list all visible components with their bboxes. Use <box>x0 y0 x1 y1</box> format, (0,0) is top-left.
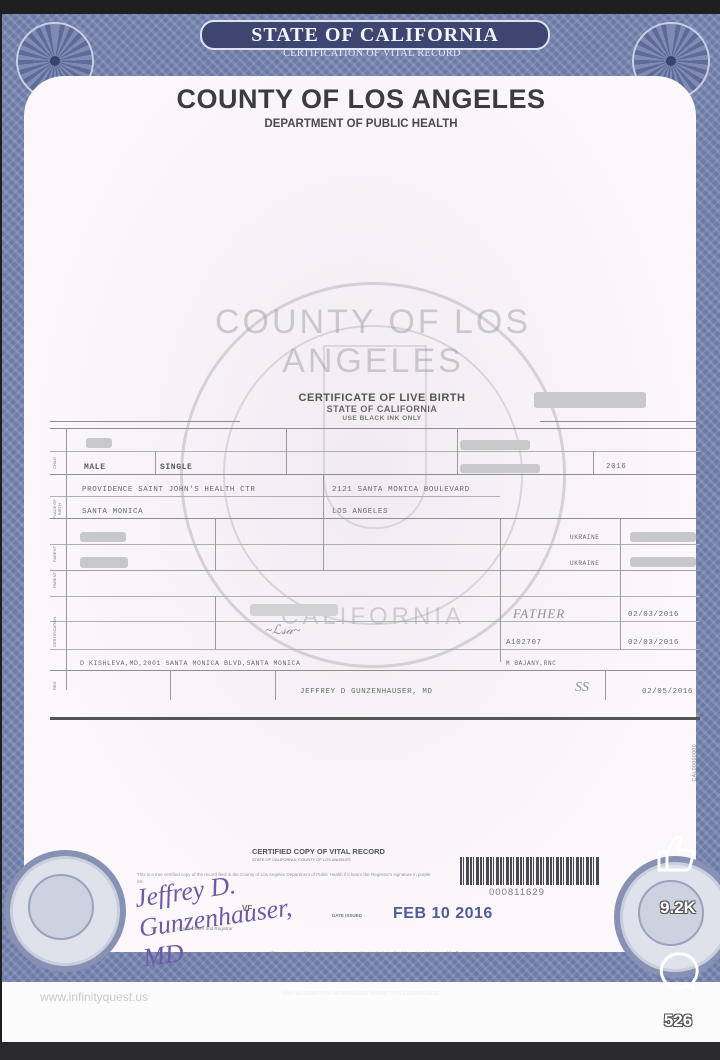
barcode <box>460 857 600 885</box>
barcode-number: 000811629 <box>489 887 545 898</box>
side-serial-code: CAL00000000 <box>692 744 698 781</box>
date-accepted-value: 02/05/2016 <box>642 688 693 696</box>
like-count: 9.2K <box>643 898 713 918</box>
informant-date-value: 02/03/2016 <box>628 611 679 619</box>
redacted-field <box>534 392 646 408</box>
post-image[interactable]: STATE OF CALIFORNIA CERTIFICATION OF VIT… <box>2 14 720 1042</box>
date-issued-label: DATE ISSUED <box>332 913 362 918</box>
officer-title: Health Officer and Registrar <box>177 926 233 931</box>
registrar-initials: SS <box>575 680 589 696</box>
informant-relationship-value: FATHER <box>513 606 565 622</box>
birth-record-form: CHILD PLACE OF BIRTH PARENT PARENT CERTI… <box>50 426 700 706</box>
single-multiple-value: SINGLE <box>160 463 192 472</box>
parent2-birthplace-value: UKRAINE <box>570 560 599 567</box>
license-number-value: A102707 <box>506 639 542 647</box>
state-banner: STATE OF CALIFORNIA <box>200 20 550 50</box>
local-registrar-value: JEFFREY D GUNZENHAUSER, MD <box>300 688 433 696</box>
attendant-value: D KISHLEVA,MD,2001 SANTA MONICA BLVD,SAN… <box>80 660 301 667</box>
certifier-name-value: M BAJANY,RNC <box>506 660 556 667</box>
place-of-birth-value: PROVIDENCE SAINT JOHN'S HEALTH CTR <box>82 486 255 494</box>
sex-value: MALE <box>84 463 106 472</box>
parent1-birthplace-value: UKRAINE <box>570 534 599 541</box>
certified-copy-subtitle: STATE OF CALIFORNIA, COUNTY OF LOS ANGEL… <box>252 857 428 862</box>
birth-year-value: 2016 <box>606 463 626 471</box>
status-bar <box>0 0 720 14</box>
signature-initials: VF <box>242 904 252 913</box>
county-value: LOS ANGELES <box>332 508 388 516</box>
city-value: SANTA MONICA <box>82 508 143 516</box>
thumbs-up-icon[interactable] <box>655 834 697 874</box>
certified-copy-title: CERTIFIED COPY OF VITAL RECORD <box>252 847 428 856</box>
street-address-value: 2121 SANTA MONICA BOULEVARD <box>332 486 470 494</box>
comment-bubble-icon[interactable] <box>657 950 699 994</box>
form-bottom-rule <box>50 717 700 720</box>
website-watermark: www.infinityquest.us <box>40 990 148 1004</box>
certification-subtitle: CERTIFICATION OF VITAL RECORD <box>252 48 492 59</box>
certificate-border: STATE OF CALIFORNIA CERTIFICATION OF VIT… <box>2 14 720 982</box>
bottom-bar <box>0 1042 720 1060</box>
date-issued-stamp: FEB 10 2016 <box>393 905 493 923</box>
department-title: DEPARTMENT OF PUBLIC HEALTH <box>2 118 720 130</box>
validity-fine-print: This copy is not valid unless prepared o… <box>192 950 552 955</box>
form-state: STATE OF CALIFORNIA <box>232 404 532 414</box>
form-ink-note: USE BLACK INK ONLY <box>232 415 532 422</box>
california-state-seal <box>4 850 126 972</box>
informant-signature: ~ℒ𝓈𝒶~ <box>265 622 300 638</box>
certifier-date-value: 02/03/2016 <box>628 639 679 647</box>
form-title: CERTIFICATE OF LIVE BIRTH <box>232 392 532 404</box>
county-title: COUNTY OF LOS ANGELES <box>2 84 720 115</box>
comment-count: 526 <box>643 1011 713 1031</box>
